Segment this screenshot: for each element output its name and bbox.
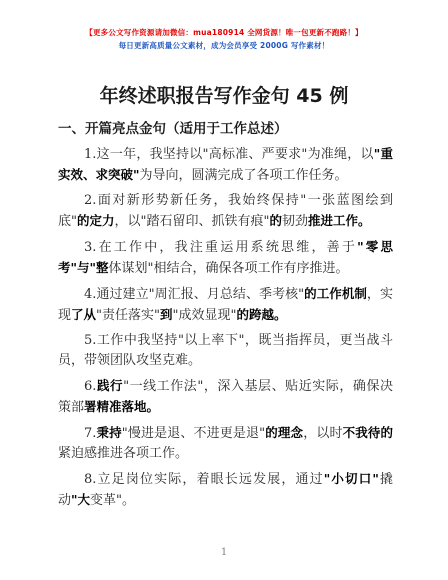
bold-run: 的定力 [77,213,115,228]
bold-run: 署精准落地。 [84,399,159,414]
paragraph: 1.这一年，我坚持以"高标准、严要求"为准绳，以"重实效、求突破"为导向，圆满完… [58,144,393,186]
text-run: 体谋划"相结合，确保各项工作有序推进。 [109,261,349,276]
bold-run: 不我待的 [343,425,393,440]
text-run: 7. [84,426,96,441]
bold-run: 推进工作。 [308,213,371,228]
text-run: 为导向，圆满完成了各项工作任务。 [140,168,348,183]
promo-header-line-2: 每日更新高质量公文素材，成为会员享受 2000G 写作素材！ [0,39,448,52]
bold-run: 了从 [71,307,96,322]
promo-header: 【更多公文写作资源请加微信：mua180914 全网货源！唯一包更新不跑路！】 … [0,0,448,52]
paragraph: 2.面对新形势新任务，我始终保持"一张蓝图绘到底"的定力，以"踏石留印、抓铁有痕… [58,191,393,232]
page-number: 1 [0,547,448,558]
paragraph: 5.工作中我坚持"以上率下"，既当指挥员，更当战斗员，带领团队攻坚克难。 [58,331,393,371]
paragraph: 4.通过建立"周汇报、月总结、季考核"的工作机制，实现了从"责任落实"到"成效显… [58,284,393,326]
bold-run: 的 [269,213,282,228]
text-run: 3.在工作中，我注重运用系统思维，善于 [84,240,357,255]
text-run: ，以时 [303,426,342,441]
text-run: 8.立足岗位实际，着眼长远发展，通过 [84,472,324,487]
paragraph-list: 1.这一年，我坚持以"高标准、严要求"为准绳，以"重实效、求突破"为导向，圆满完… [0,144,448,511]
bold-run: 践行 [96,378,123,393]
bold-run: "小切口" [324,471,379,486]
text-run: 韧劲 [282,214,308,229]
text-run: 1.这一年，我坚持以"高标准、严要求"为准绳，以 [84,147,374,162]
text-run: "责任落实" [96,308,160,323]
bold-run: 的工作机制 [304,286,367,301]
paragraph: 3.在工作中，我注重运用系统思维，善于"零思考"与"整体谋划"相结合，确保各项工… [58,237,393,279]
document-title: 年终述职报告写作金句 45 例 [20,83,428,109]
paragraph: 6.践行"一线工作法"，深入基层、贴近实际，确保决策部署精准落地。 [58,376,393,418]
promo-header-line-1: 【更多公文写作资源请加微信：mua180914 全网货源！唯一包更新不跑路！】 [0,26,448,39]
text-run: "慢进是退、不进更是退" [122,426,265,441]
paragraph: 8.立足岗位实际，着眼长远发展，通过"小切口"撬动"大变革"。 [58,469,393,511]
bold-run: 到 [160,307,173,322]
document-page: 【更多公文写作资源请加微信：mua180914 全网货源！唯一包更新不跑路！】 … [0,0,448,580]
paragraph: 7.秉持"慢进是退、不进更是退"的理念，以时不我待的紧迫感推进各项工作。 [58,423,393,464]
text-run: 紧迫感推进各项工作。 [58,446,188,461]
text-run: 6. [84,379,96,394]
text-run: 5.工作中我坚持"以上率下"，既当指挥员，更当战斗员，带领团队攻坚克难。 [58,333,393,368]
bold-run: 的跨越。 [236,307,286,322]
text-run: 变革"。 [90,493,135,508]
text-run: "成效显现" [173,308,237,323]
text-run: ，以"踏石留印、抓铁有痕" [115,214,270,229]
bold-run: 的理念 [265,425,303,440]
bold-run: 秉持 [96,425,121,440]
text-run: 4.通过建立"周汇报、月总结、季考核" [84,287,304,302]
bold-run: "大 [71,492,90,507]
section-heading: 一、开篇亮点金句（适用于工作总述） [58,120,392,139]
